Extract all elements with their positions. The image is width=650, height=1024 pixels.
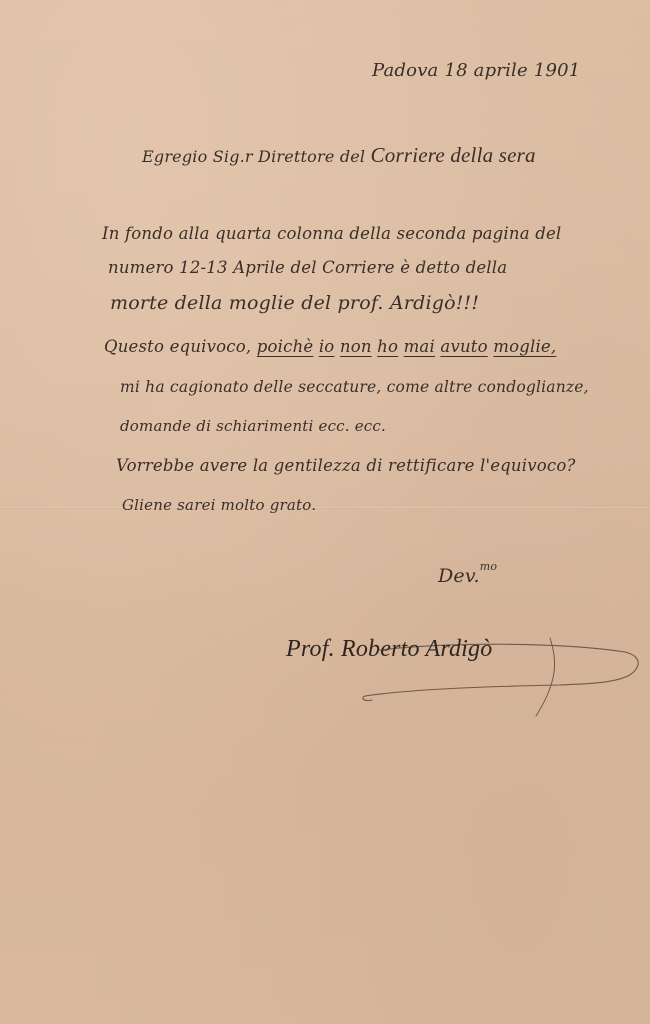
closing-superscript: mo	[480, 560, 497, 573]
body-line-2: numero 12-13 Aprile del Corriere è detto…	[108, 258, 507, 277]
salutation: Egregio Sig.r Direttore del Corriere del…	[142, 143, 536, 168]
underlined-word: io	[319, 337, 335, 356]
underlined-word: moglie,	[493, 337, 556, 356]
body-line-4: Questo equivoco, poichè io non ho mai av…	[104, 337, 556, 356]
place-date: Padova 18 aprile 1901	[372, 60, 580, 81]
body-line-7: Vorrebbe avere la gentilezza di rettific…	[116, 456, 576, 475]
closing: Dev.mo	[438, 560, 497, 587]
paper-fold-line	[0, 507, 650, 509]
signature: Prof. Roberto Ardigò	[286, 636, 492, 663]
body-line-5: mi ha cagionato delle seccature, come al…	[120, 378, 589, 396]
underlined-word: ho	[377, 337, 398, 356]
body-line-4-lead: Questo equivoco,	[104, 337, 251, 356]
closing-text: Dev.	[438, 565, 480, 587]
body-line-3: morte della moglie del prof. Ardigò!!!	[110, 292, 479, 314]
underlined-word: mai	[404, 337, 435, 356]
underlined-word: non	[340, 337, 372, 356]
body-line-8: Gliene sarei molto grato.	[122, 496, 316, 514]
newspaper-name: Corriere della sera	[371, 143, 536, 167]
letter-page: Padova 18 aprile 1901 Egregio Sig.r Dire…	[0, 0, 650, 1024]
body-line-1: In fondo alla quarta colonna della secon…	[102, 224, 561, 243]
body-line-6: domande di schiarimenti ecc. ecc.	[120, 417, 386, 435]
underlined-word: poichè	[257, 337, 314, 356]
underlined-word: avuto	[440, 337, 487, 356]
salutation-prefix: Egregio Sig.r Direttore del	[142, 147, 365, 166]
